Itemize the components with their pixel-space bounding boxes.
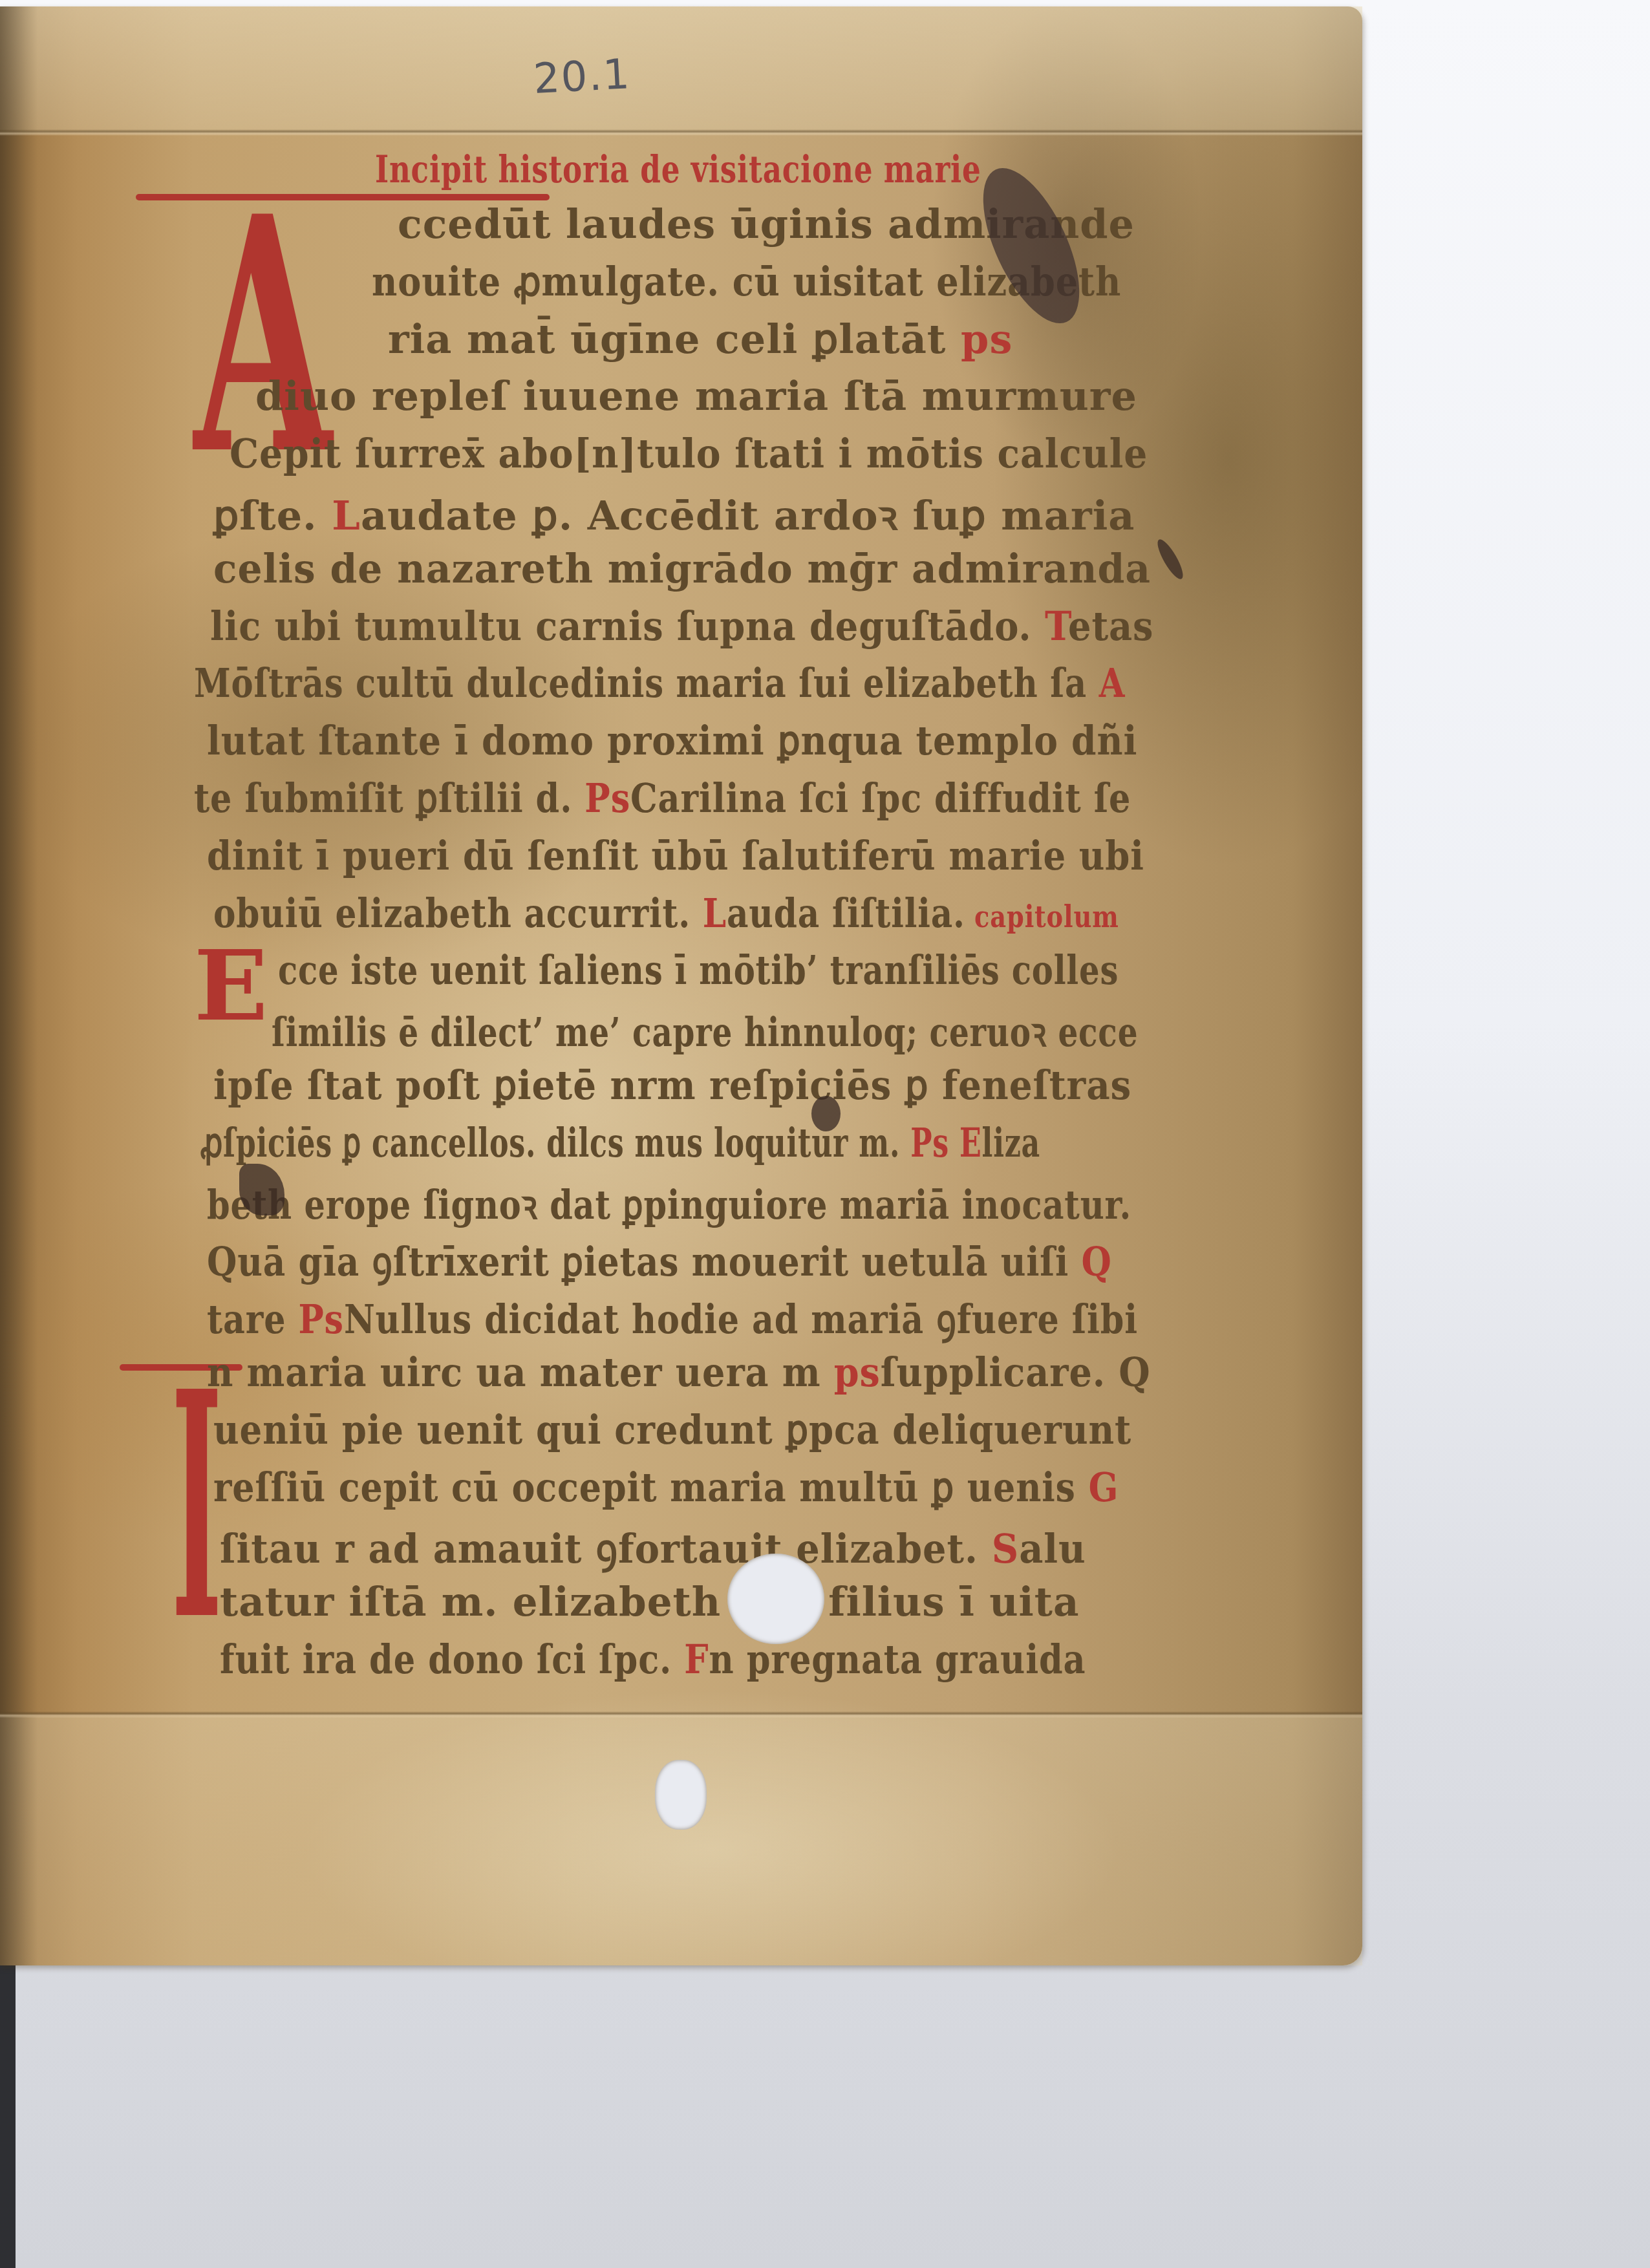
- manuscript-line: tare PsNullus dicidat hodie ad mariā ꝯfu…: [207, 1291, 1138, 1345]
- line-text: reſſiū cepit cū occepit maria multū ꝑ ue…: [213, 1464, 1076, 1511]
- manuscript-line: reſſiū cepit cū occepit maria multū ꝑ ue…: [213, 1464, 1119, 1511]
- rubricated-letter: L: [691, 890, 727, 937]
- line-text: lutat ſtante ī domo proximi ꝑnqua templo…: [207, 717, 1137, 764]
- manuscript-line: ipſe ſtat poſt ꝑietē nrm reſpiciēs ꝑ fen…: [213, 1062, 1131, 1109]
- top-fold-band: [0, 6, 1362, 133]
- line-text: te ſubmiſit ꝑſtilii d.: [194, 775, 572, 822]
- rubricated-letter: Ps: [286, 1296, 344, 1343]
- manuscript-line: fuit ira de dono ſci ſpc. Fn pregnata gr…: [220, 1636, 1086, 1683]
- ink-mark: [1153, 537, 1187, 583]
- line-text-continued: Carilina ſci ſpc diffudit ſe: [630, 775, 1131, 822]
- line-text-continued: auda ſiſtilia.: [727, 890, 965, 937]
- line-text: cce iste uenit ſaliens ī mōtib’ tranſili…: [278, 947, 1119, 994]
- line-text: ſitau r ad amauit ꝯfortauit elizabet.: [220, 1525, 978, 1572]
- rubricated-letter: Q: [1069, 1238, 1112, 1285]
- manuscript-line: ꝓſpiciēs ꝑ cancellos. dilcs mus loquitur…: [200, 1119, 1040, 1166]
- line-text: Cepit ſurrex̄ abo[n]tulo ſtati i mōtis c…: [230, 430, 1148, 477]
- line-text: lic ubi tumultu carnis ſupna deguſtādo.: [210, 603, 1032, 650]
- manuscript-line: cce iste uenit ſaliens ī mōtib’ tranſili…: [278, 947, 1119, 994]
- line-text: tatur iſtā m. elizabeth ● n filius ī uit…: [220, 1578, 1079, 1625]
- line-text-continued: audate ꝑ. Accēdit ardoꝛ ſuꝑ maria: [361, 492, 1135, 539]
- line-text: celis de nazareth migrādo mḡr admiranda: [213, 545, 1151, 592]
- bottom-fold-line: [0, 1711, 1362, 1718]
- manuscript-line: te ſubmiſit ꝑſtilii d. PsCarilina ſci ſp…: [194, 775, 1131, 822]
- line-text: ipſe ſtat poſt ꝑietē nrm reſpiciēs ꝑ fen…: [213, 1062, 1131, 1109]
- line-text: n maria uirc ua mater uera m: [207, 1349, 821, 1396]
- rubric-capitolum: capitolum: [965, 899, 1119, 934]
- manuscript-line: dinit ī pueri dū ſenſit ūbū ſalutiferū m…: [207, 832, 1144, 879]
- manuscript-line: lic ubi tumultu carnis ſupna deguſtādo. …: [210, 603, 1153, 650]
- line-text: obuiū elizabeth accurrit.: [213, 890, 691, 937]
- bottom-fold-band: [0, 1717, 1362, 1965]
- rubricated-letter: Ps: [572, 775, 630, 822]
- line-text: tare: [207, 1296, 286, 1343]
- manuscript-line: Quā gīa ꝯſtrīxerit ꝑietas mouerit uetulā…: [207, 1234, 1112, 1288]
- line-text: ueniū pie uenit qui credunt ꝑpca delique…: [213, 1406, 1131, 1453]
- manuscript-line: obuiū elizabeth accurrit. Lauda ſiſtilia…: [213, 890, 1119, 937]
- manuscript-line: ꝑſte. Laudate ꝑ. Accēdit ardoꝛ ſuꝑ maria: [213, 487, 1135, 542]
- manuscript-line: tatur iſtā m. elizabeth ● n filius ī uit…: [220, 1578, 1079, 1625]
- manuscript-line: ueniū pie uenit qui credunt ꝑpca delique…: [213, 1406, 1131, 1453]
- line-text: Quā gīa ꝯſtrīxerit ꝑietas mouerit uetulā…: [207, 1238, 1069, 1285]
- manuscript-line: ria mat̄ ūgīne celi ꝑlatāt ps: [388, 316, 1012, 363]
- initial-e: E: [194, 937, 268, 1034]
- line-text-continued: etas: [1068, 603, 1153, 650]
- parchment-leaf: 20.1 Incipit historia de visitacione mar…: [0, 6, 1362, 1965]
- line-text: beth erope ſignoꝛ dat ꝑpinguiore mariā i…: [207, 1181, 1131, 1228]
- rubricated-letter: G: [1076, 1464, 1119, 1511]
- manuscript-line: diuo repleſ iuuene maria ſtā murmure: [255, 372, 1137, 420]
- line-text: dinit ī pueri dū ſenſit ūbū ſalutiferū m…: [207, 832, 1144, 879]
- rubricated-letter: L: [317, 492, 361, 539]
- line-text: ꝓſpiciēs ꝑ cancellos. dilcs mus loquitur…: [200, 1119, 900, 1166]
- manuscript-line: ſimilis ē dilect’ me’ capre hinnuloq; ce…: [272, 1004, 1138, 1058]
- rubricated-letter: ps: [821, 1349, 881, 1396]
- rubricated-letter: Ps E: [900, 1119, 982, 1166]
- line-text-continued: ſupplicare. Q: [881, 1349, 1151, 1396]
- line-text: fuit ira de dono ſci ſpc.: [220, 1636, 672, 1683]
- line-text: ria mat̄ ūgīne celi ꝑlatāt: [388, 316, 946, 363]
- manuscript-line: lutat ſtante ī domo proximi ꝑnqua templo…: [207, 717, 1137, 764]
- manuscript-line: Cepit ſurrex̄ abo[n]tulo ſtati i mōtis c…: [230, 430, 1148, 477]
- manuscript-line: celis de nazareth migrādo mḡr admiranda: [213, 545, 1151, 592]
- parchment-hole: [655, 1760, 707, 1830]
- folio-number: 20.1: [532, 50, 632, 103]
- rubricated-letter: T: [1032, 603, 1068, 650]
- line-text-continued: liza: [982, 1119, 1040, 1166]
- manuscript-line: ſitau r ad amauit ꝯfortauit elizabet. Sa…: [220, 1521, 1086, 1575]
- top-fold-line: [0, 129, 1362, 136]
- manuscript-line: n maria uirc ua mater uera m psſupplicar…: [207, 1349, 1151, 1396]
- line-text: Mōſtrās cultū dulcedinis maria ſui eliza…: [194, 659, 1087, 707]
- scanner-edge-strip: [0, 1933, 16, 2268]
- line-text: ſimilis ē dilect’ me’ capre hinnuloq; ce…: [272, 1009, 1138, 1056]
- line-text-continued: Nullus dicidat hodie ad mariā ꝯfuere ſib…: [344, 1296, 1138, 1343]
- line-text: ꝑſte.: [213, 492, 317, 539]
- rubric-heading: Incipit historia de visitacione marie: [375, 147, 981, 191]
- ink-blot: [239, 1164, 284, 1215]
- rubricated-letter: S: [978, 1525, 1019, 1572]
- line-text-continued: alu: [1019, 1525, 1086, 1572]
- line-text: diuo repleſ iuuene maria ſtā murmure: [255, 372, 1137, 420]
- ink-blot: [811, 1096, 841, 1131]
- rubricated-letter: A: [1087, 659, 1125, 707]
- rubricated-letter: F: [672, 1636, 709, 1683]
- manuscript-line: Mōſtrās cultū dulcedinis maria ſui eliza…: [194, 659, 1125, 707]
- binding-gutter: [0, 6, 37, 1965]
- rubricated-letter: ps: [946, 316, 1012, 363]
- manuscript-line: beth erope ſignoꝛ dat ꝑpinguiore mariā i…: [207, 1177, 1131, 1231]
- parchment-hole: [727, 1554, 824, 1644]
